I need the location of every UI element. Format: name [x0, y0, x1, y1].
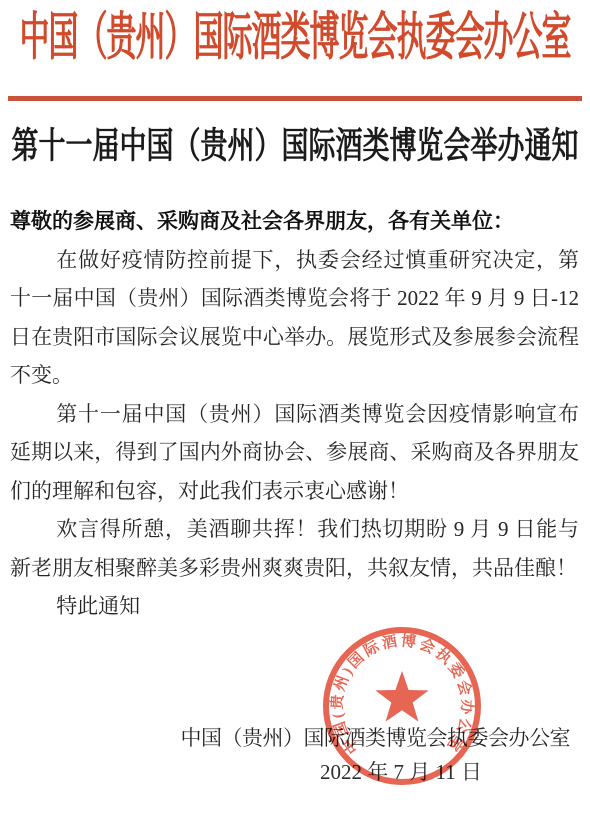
- document-title: 第十一届中国（贵州）国际酒类博览会举办通知: [12, 126, 579, 166]
- closing-line: 特此通知: [10, 587, 579, 626]
- salutation: 尊敬的参展商、采购商及社会各界朋友，各有关单位：: [10, 202, 579, 241]
- signature-date: 2022 年 7 月 11 日: [320, 756, 482, 786]
- paragraph-2: 第十一届中国（贵州）国际酒类博览会因疫情影响宣布延期以来，得到了国内外商协会、参…: [10, 395, 579, 511]
- letterhead-divider: [8, 96, 582, 101]
- signature-organization: 中国（贵州）国际酒类博览会执委会办公室: [181, 722, 571, 752]
- paragraph-1: 在做好疫情防控前提下，执委会经过慎重研究决定，第十一届中国（贵州）国际酒类博览会…: [10, 241, 579, 395]
- document-body: 尊敬的参展商、采购商及社会各界朋友，各有关单位： 在做好疫情防控前提下，执委会经…: [10, 202, 579, 626]
- document-page: 中国（贵州）国际酒类博览会执委会办公室 第十一届中国（贵州）国际酒类博览会举办通…: [0, 0, 590, 818]
- letterhead-title: 中国（贵州）国际酒类博览会执委会办公室: [20, 8, 571, 70]
- paragraph-3: 欢言得所憩，美酒聊共挥！我们热切期盼 9 月 9 日能与新老朋友相聚醉美多彩贵州…: [10, 510, 579, 587]
- letterhead: 中国（贵州）国际酒类博览会执委会办公室: [0, 8, 590, 74]
- document-title-wrap: 第十一届中国（贵州）国际酒类博览会举办通知: [0, 126, 590, 168]
- star-icon: [375, 671, 428, 722]
